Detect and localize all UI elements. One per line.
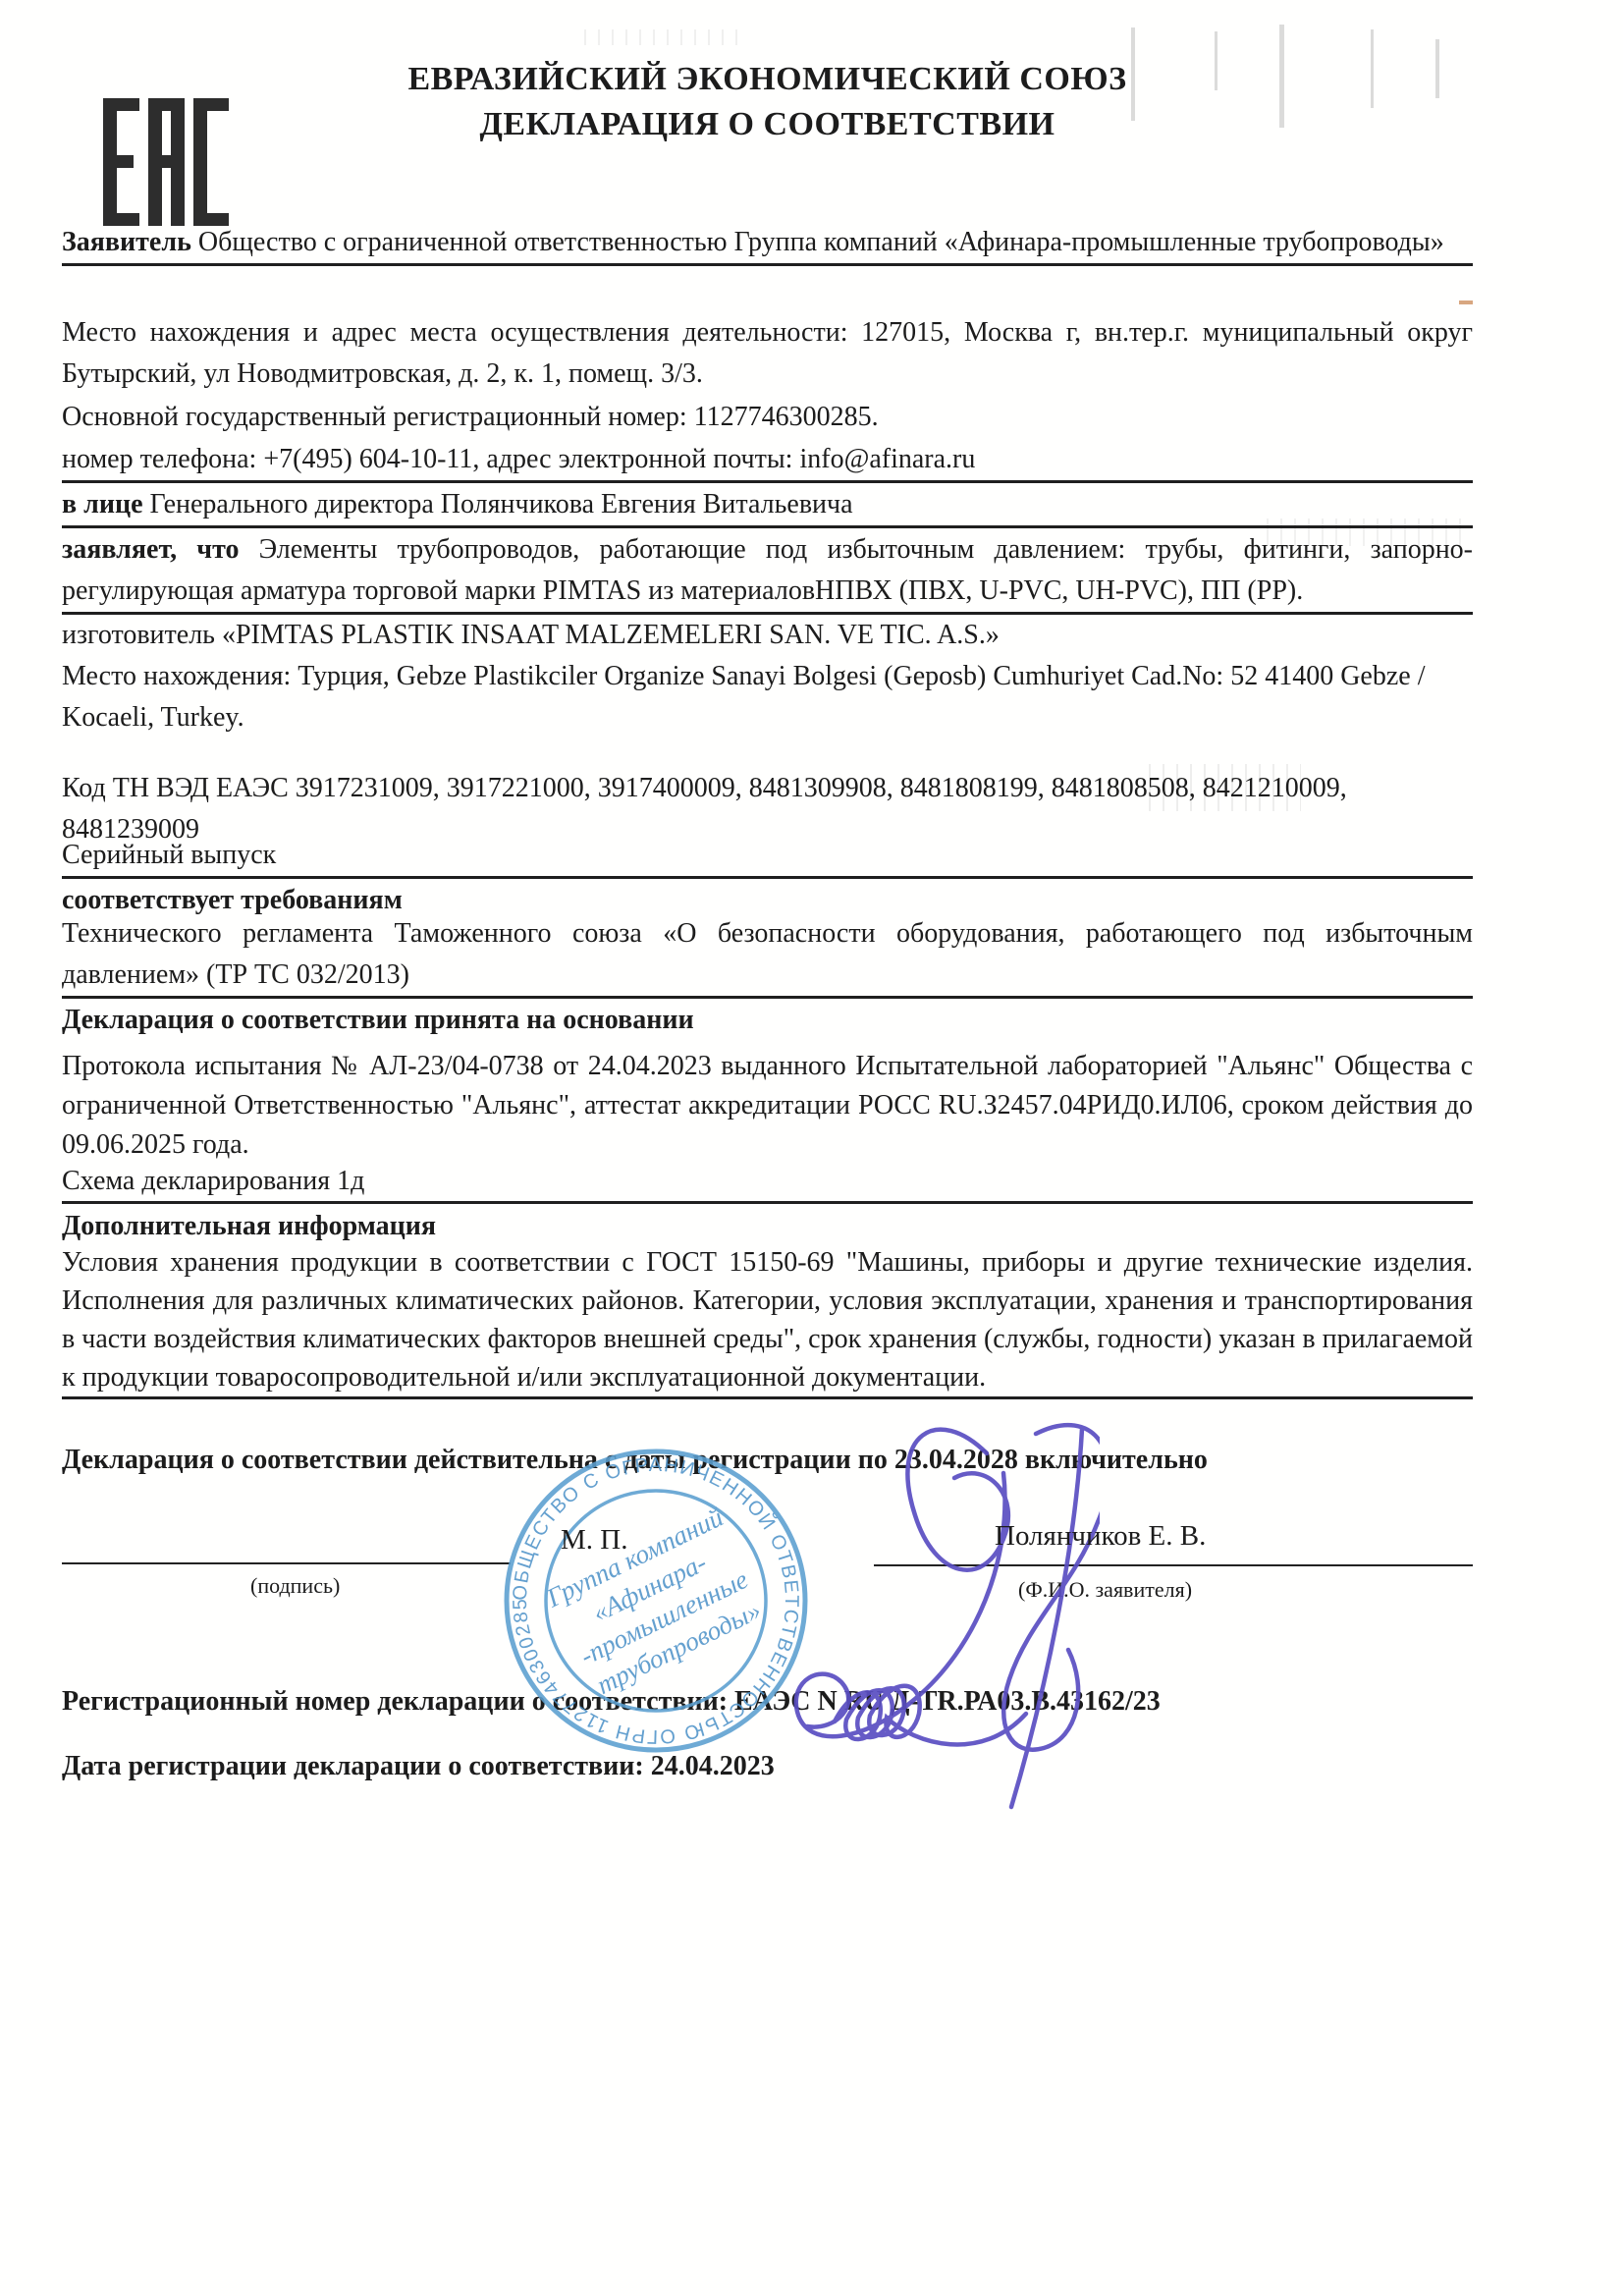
scan-artifact [1459,301,1473,304]
additional-info-heading: Дополнительная информация [62,1206,1473,1247]
person-name: Генерального директора Полянчикова Евген… [150,489,853,519]
applicant-address: Место нахождения и адрес места осуществл… [62,312,1473,395]
title-line-union: ЕВРАЗИЙСКИЙ ЭКОНОМИЧЕСКИЙ СОЮЗ [62,57,1473,102]
basis-heading: Декларация о соответствии принята на осн… [62,1000,1473,1041]
signature-line [62,1562,511,1564]
manufacturer: изготовитель «PIMTAS PLASTIK INSAAT MALZ… [62,615,1473,656]
applicant-paragraph: Заявитель Общество с ограниченной ответс… [62,222,1473,266]
product-description: Элементы трубопроводов, работающие под и… [62,534,1473,606]
declared-product: заявляет, что Элементы трубопроводов, ра… [62,529,1473,615]
declaration-document: ЕВРАЗИЙСКИЙ ЭКОНОМИЧЕСКИЙ СОЮЗ ДЕКЛАРАЦИ… [0,0,1623,2296]
declares-label: заявляет, что [62,534,239,565]
person-label: в лице [62,489,143,519]
declaration-scheme: Схема декларирования 1д [62,1162,1473,1204]
handwritten-signature [687,1399,1100,1822]
serial-production: Серийный выпуск [62,835,1473,879]
basis-text: Протокола испытания № АЛ-23/04-0738 от 2… [62,1047,1473,1165]
title-line-declaration: ДЕКЛАРАЦИЯ О СООТВЕТСТВИИ [62,102,1473,147]
applicant-label: Заявитель [62,227,191,257]
regulation-reference: Технического регламента Таможенного союз… [62,913,1473,999]
document-title: ЕВРАЗИЙСКИЙ ЭКОНОМИЧЕСКИЙ СОЮЗ ДЕКЛАРАЦИ… [62,57,1473,147]
stamp-place-label: М. П. [561,1524,627,1557]
signature-caption: (подпись) [250,1573,340,1599]
authorized-person: в лице Генерального директора Полянчиков… [62,484,1473,528]
applicant-fio: Полянчиков Е. В. [995,1520,1206,1553]
additional-info-text: Условия хранения продукции в соответстви… [62,1243,1473,1399]
applicant-name: Общество с ограниченной ответственностью… [198,227,1444,257]
scan-artifact [584,29,746,45]
applicant-ogrn: Основной государственный регистрационный… [62,397,1473,438]
manufacturer-address: Место нахождения: Турция, Gebze Plastikc… [62,656,1473,738]
applicant-contacts: номер телефона: +7(495) 604-10-11, адрес… [62,439,1473,483]
